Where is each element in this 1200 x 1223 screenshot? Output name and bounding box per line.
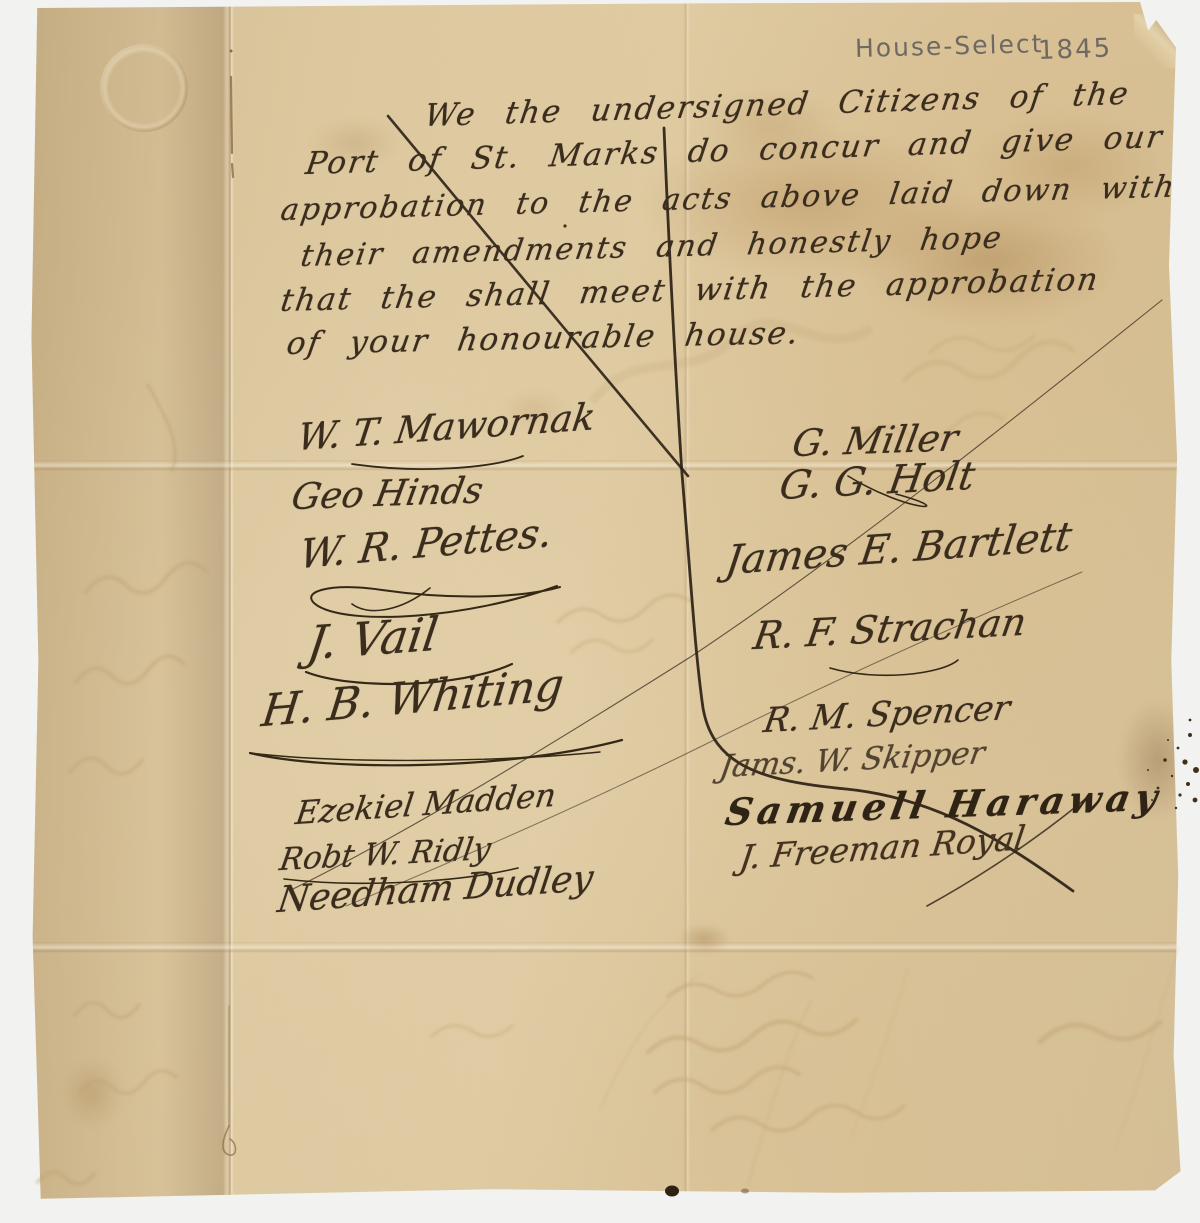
- ink-spatter: [1188, 733, 1192, 737]
- ink-spatter: [1186, 782, 1190, 786]
- stitch-thread-group: [223, 50, 236, 1156]
- pencil-collection-label: House-Select: [855, 29, 1044, 63]
- bleedthrough-mark: [148, 385, 175, 470]
- bleedthrough-mark: [648, 1020, 856, 1052]
- bleedthrough-mark: [930, 336, 1034, 352]
- ink-spatter: [1175, 807, 1177, 809]
- bleedthrough-mark: [80, 1071, 176, 1094]
- bleedthrough-mark: [600, 975, 700, 1110]
- ink-blot: [665, 1186, 679, 1197]
- bleedthrough-mark: [86, 563, 206, 593]
- ink-spatter: [1163, 758, 1167, 762]
- bleedthrough-mark: [76, 656, 184, 683]
- bleedthrough-mark: [75, 1003, 139, 1018]
- stitch-thread: [223, 1126, 236, 1155]
- ink-spatter: [1178, 793, 1181, 796]
- bleedthrough-mark: [432, 1026, 512, 1037]
- bleedthrough-mark: [38, 1172, 94, 1184]
- ink-spatter: [1193, 767, 1199, 773]
- signature: Geo Hinds: [288, 470, 486, 518]
- bleedthrough-mark: [70, 758, 142, 773]
- stitch-thread: [231, 77, 232, 153]
- signature-flourish: [352, 456, 523, 469]
- bleedthrough-ghost-writing: [38, 324, 1178, 1185]
- ink-spatter: [1189, 719, 1192, 722]
- signature-flourish: [830, 660, 958, 675]
- bleedthrough-mark: [1040, 1022, 1160, 1042]
- signature-flourish: [250, 752, 600, 760]
- ink-spatter: [1193, 798, 1198, 803]
- signature: J. Vail: [304, 607, 441, 671]
- bleedthrough-mark: [668, 972, 812, 996]
- ink-spatter: [1182, 759, 1187, 764]
- stitch-hole: [230, 50, 233, 53]
- bleedthrough-mark: [558, 595, 690, 622]
- ink-spatter: [1147, 769, 1149, 771]
- ink-blot: [741, 1189, 749, 1194]
- ink-spatter: [1171, 775, 1173, 777]
- bleedthrough-mark: [1115, 948, 1178, 1150]
- bleedthrough-mark: [572, 640, 652, 652]
- ink-spatter: [1167, 739, 1169, 741]
- document-scan: House-Select 1845 We the undersigned Cit…: [0, 0, 1200, 1223]
- ink-dot: [563, 224, 566, 227]
- pencil-year-label: 1845: [1037, 33, 1112, 66]
- ink-spatter: [1177, 747, 1180, 750]
- signature-flourish: [250, 740, 622, 765]
- bleedthrough-mark: [712, 1105, 904, 1130]
- stitch-thread: [232, 164, 233, 177]
